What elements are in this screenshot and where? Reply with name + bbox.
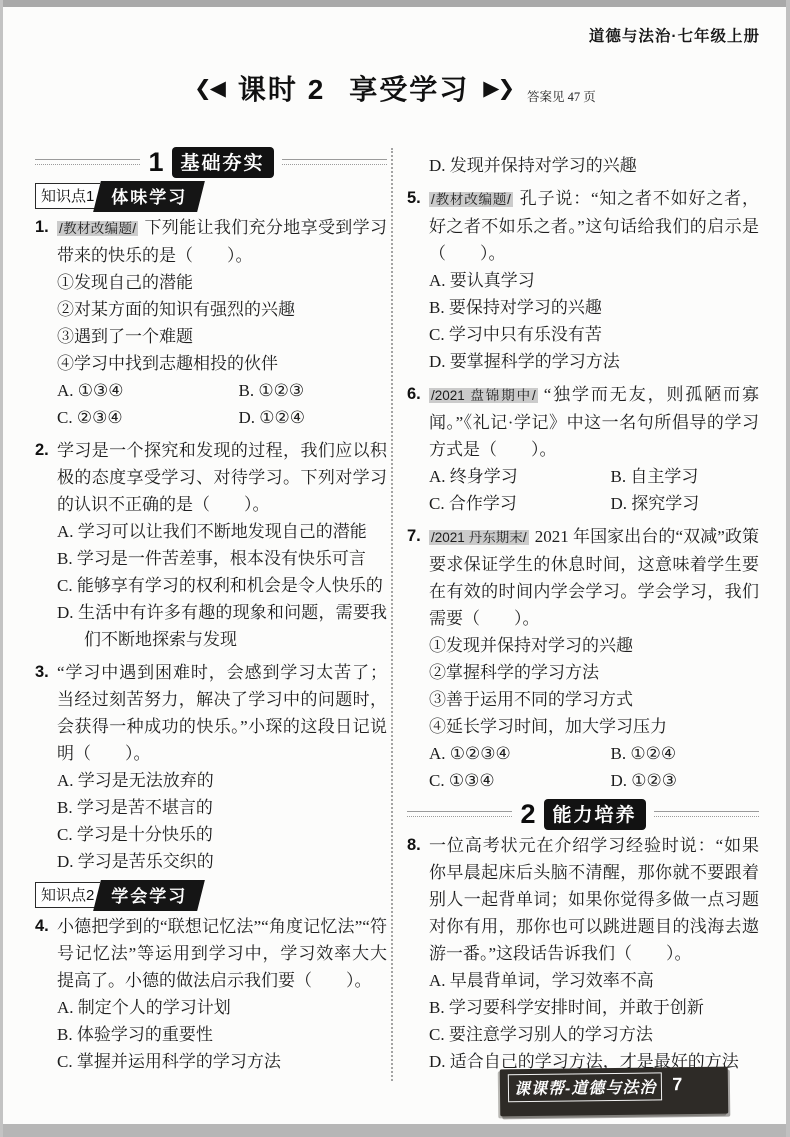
option-b: B. ①②③ (239, 377, 388, 404)
option-a: A. 制定个人的学习计划 (57, 994, 387, 1021)
knowledge-point-label: 体味学习 (93, 181, 205, 212)
option-a: A. ①②③④ (429, 740, 611, 767)
option-d: D. ①②④ (239, 404, 388, 431)
question-text: /2021 丹东期末/2021 年国家出台的“双减”政策要求保证学生的休息时间，… (429, 523, 759, 632)
question-text: /2021 盘锦期中/“独学而无友，则孤陋而寡闻。”《礼记·学记》中这一名句所倡… (429, 381, 759, 463)
option-d: D. 要掌握科学的学习方法 (429, 348, 759, 375)
lesson-title: 享受学习 (349, 68, 469, 108)
numbered-statement: ②掌握科学的学习方法 (429, 659, 759, 686)
option-b: B. 学习要科学安排时间，并敢于创新 (429, 994, 759, 1021)
numbered-statement: ④延长学习时间，加大学习压力 (429, 713, 759, 740)
scan-edge-bottom (0, 1124, 790, 1137)
question-number: 3. (35, 659, 49, 686)
right-column: D. 发现并保持对学习的兴趣 5. /教材改编题/孔子说：“知之者不如好之者，好… (407, 148, 759, 1081)
option-d: D. 探究学习 (611, 490, 760, 517)
question-4: 4. 小德把学到的“联想记忆法”“角度记忆法”“符号记忆法”等运用到学习中，学习… (35, 913, 387, 1075)
lesson-title-bar: ❮◀ 课时 2 享受学习 ▶❯ 答案见 47 页 (0, 68, 790, 108)
question-number: 8. (407, 832, 421, 859)
numbered-statement: ④学习中找到志趣相投的伙伴 (57, 350, 387, 377)
option-b: B. 体验学习的重要性 (57, 1021, 387, 1048)
double-left-arrow-icon: ❮◀ (194, 76, 224, 100)
option-c: C. ①③④ (429, 767, 611, 794)
question-4-continuation: D. 发现并保持对学习的兴趣 (407, 152, 759, 179)
question-text: 小德把学到的“联想记忆法”“角度记忆法”“符号记忆法”等运用到学习中，学习效率大… (57, 913, 387, 994)
option-c: C. 学习是十分快乐的 (57, 821, 387, 848)
question-number: 2. (35, 437, 49, 464)
option-c: C. 合作学习 (429, 490, 611, 517)
section-banner-ability: 2 能力培养 (407, 800, 759, 828)
option-grid: A. ①③④ B. ①②③ C. ②③④ D. ①②④ (57, 377, 387, 431)
question-number: 1. (35, 214, 49, 241)
source-badge: /2021 盘锦期中/ (429, 388, 538, 403)
option-c: C. 学习中只有乐没有苦 (429, 321, 759, 348)
option-d: D. ①②③ (611, 767, 760, 794)
banner-rule-left (407, 811, 512, 817)
question-5: 5. /教材改编题/孔子说：“知之者不如好之者，好之者不如乐之者。”这句话给我们… (407, 185, 759, 375)
question-text: “学习中遇到困难时，会感到学习太苦了；当经过刻苦努力，解决了学习中的问题时，会获… (57, 659, 387, 767)
section-banner-basics: 1 基础夯实 (35, 148, 387, 176)
option-grid: A. 终身学习 B. 自主学习 C. 合作学习 D. 探究学习 (429, 463, 759, 517)
numbered-statement: ①发现并保持对学习的兴趣 (429, 632, 759, 659)
source-badge: /教材改编题/ (429, 192, 513, 207)
section-label: 能力培养 (544, 799, 646, 830)
option-b: B. ①②④ (611, 740, 760, 767)
question-number: 6. (407, 381, 421, 408)
question-number: 4. (35, 913, 49, 940)
section-label: 基础夯实 (172, 147, 274, 178)
banner-rule-right (654, 811, 759, 817)
source-badge: /2021 丹东期末/ (429, 530, 529, 545)
question-7: 7. /2021 丹东期末/2021 年国家出台的“双减”政策要求保证学生的休息… (407, 523, 759, 794)
option-a: A. 学习是无法放弃的 (57, 767, 387, 794)
option-c: C. 能够享有学习的权利和机会是令人快乐的 (57, 572, 387, 599)
knowledge-point-tag: 知识点1 (35, 183, 100, 209)
scan-edge-left (0, 0, 3, 1137)
question-2: 2. 学习是一个探究和发现的过程，我们应以积极的态度享受学习、对待学习。下列对学… (35, 437, 387, 653)
numbered-statement: ③遇到了一个难题 (57, 323, 387, 350)
question-text: 学习是一个探究和发现的过程，我们应以积极的态度享受学习、对待学习。下列对学习的认… (57, 437, 387, 518)
option-c: C. 要注意学习别人的学习方法 (429, 1021, 759, 1048)
scan-edge-right (786, 0, 790, 1137)
option-c: C. 掌握并运用科学的学习方法 (57, 1048, 387, 1075)
numbered-statement: ①发现自己的潜能 (57, 269, 387, 296)
source-badge: /教材改编题/ (57, 221, 138, 236)
option-a: A. 早晨背单词，学习效率不高 (429, 967, 759, 994)
question-number: 7. (407, 523, 421, 550)
option-b: B. 要保持对学习的兴趣 (429, 294, 759, 321)
option-b: B. 自主学习 (611, 463, 760, 490)
option-d: D. 生活中有许多有趣的现象和问题，需要我们不断地探索与发现 (57, 599, 387, 653)
footer-brand-box: 课课帮-道德与法治 7 (500, 1067, 729, 1117)
option-d: D. 发现并保持对学习的兴趣 (429, 152, 759, 179)
banner-rule-right (282, 159, 387, 165)
numbered-statement: ③善于运用不同的学习方式 (429, 686, 759, 713)
left-column: 1 基础夯实 知识点1 体味学习 1. /教材改编题/下列能让我们充分地享受到学… (35, 148, 387, 1081)
banner-rule-left (35, 159, 140, 165)
edition-header: 道德与法治·七年级上册 (589, 24, 760, 46)
question-6: 6. /2021 盘锦期中/“独学而无友，则孤陋而寡闻。”《礼记·学记》中这一名… (407, 381, 759, 517)
scan-edge-top (0, 0, 790, 7)
lesson-number: 课时 2 (238, 68, 325, 108)
option-a: A. 学习可以让我们不断地发现自己的潜能 (57, 518, 387, 545)
knowledge-point-2: 知识点2 学会学习 (35, 881, 387, 909)
option-grid: A. ①②③④ B. ①②④ C. ①③④ D. ①②③ (429, 740, 759, 794)
page-root: 道德与法治·七年级上册 ❮◀ 课时 2 享受学习 ▶❯ 答案见 47 页 1 基… (0, 0, 790, 1137)
question-1: 1. /教材改编题/下列能让我们充分地享受到学习带来的快乐的是（ ）。 ①发现自… (35, 214, 387, 431)
question-3: 3. “学习中遇到困难时，会感到学习太苦了；当经过刻苦努力，解决了学习中的问题时… (35, 659, 387, 875)
section-number: 2 (520, 799, 535, 830)
option-a: A. ①③④ (57, 377, 239, 404)
option-b: B. 学习是苦不堪言的 (57, 794, 387, 821)
knowledge-point-label: 学会学习 (93, 880, 205, 911)
knowledge-point-tag: 知识点2 (35, 882, 100, 908)
option-b: B. 学习是一件苦差事，根本没有快乐可言 (57, 545, 387, 572)
numbered-statement: ②对某方面的知识有强烈的兴趣 (57, 296, 387, 323)
question-number: 5. (407, 185, 421, 212)
option-c: C. ②③④ (57, 404, 239, 431)
two-column-layout: 1 基础夯实 知识点1 体味学习 1. /教材改编题/下列能让我们充分地享受到学… (35, 148, 764, 1081)
question-8: 8. 一位高考状元在介绍学习经验时说：“如果你早晨起床后头脑不清醒，那你就不要跟… (407, 832, 759, 1075)
question-text: /教材改编题/孔子说：“知之者不如好之者，好之者不如乐之者。”这句话给我们的启示… (429, 185, 759, 267)
question-text: 一位高考状元在介绍学习经验时说：“如果你早晨起床后头脑不清醒，那你就不要跟着别人… (429, 832, 759, 967)
option-a: A. 要认真学习 (429, 267, 759, 294)
section-number: 1 (148, 147, 163, 178)
option-d: D. 学习是苦乐交织的 (57, 848, 387, 875)
footer-brand-label: 课课帮-道德与法治 (508, 1072, 663, 1102)
knowledge-point-1: 知识点1 体味学习 (35, 182, 387, 210)
answer-reference: 答案见 47 页 (527, 87, 596, 105)
column-divider (391, 148, 393, 1081)
double-right-arrow-icon: ▶❯ (483, 76, 513, 100)
option-a: A. 终身学习 (429, 463, 611, 490)
question-text: /教材改编题/下列能让我们充分地享受到学习带来的快乐的是（ ）。 (57, 214, 387, 269)
page-number: 7 (672, 1074, 682, 1095)
